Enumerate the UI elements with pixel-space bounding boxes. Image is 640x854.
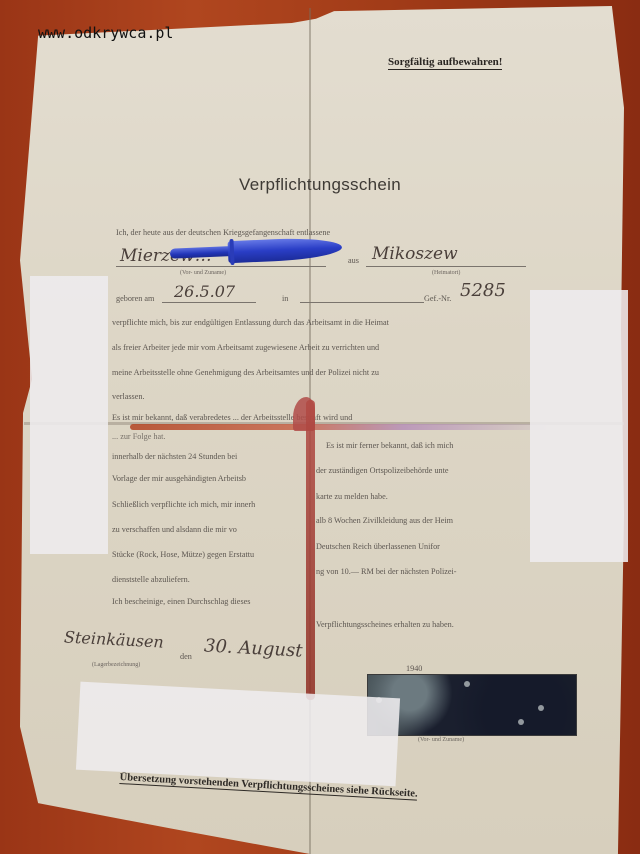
adhesive-tape-bottom	[76, 682, 400, 787]
left-column-line: dienststelle abzuliefern.	[112, 575, 190, 584]
right-column-line: der zuständigen Ortspolizeibehörde unte	[316, 466, 449, 475]
watermark-text: www.odkrywca.pl	[38, 24, 173, 42]
year-printed: 1940	[406, 664, 422, 673]
keep-safe-notice: Sorgfältig aufbewahren!	[388, 56, 502, 70]
body-line: meine Arbeitsstelle ohne Genehmigung des…	[112, 368, 379, 377]
left-column-line: Schließlich verpflichte ich mich, mir in…	[112, 500, 255, 509]
place-caption: (Lagerbezeichnung)	[92, 662, 140, 668]
name-caption: (Vor- und Zuname)	[180, 270, 226, 276]
born-label: geboren am	[116, 294, 154, 303]
body-line: als freier Arbeiter jede mir vom Arbeits…	[112, 343, 379, 352]
adhesive-tape-left	[30, 276, 108, 554]
pen-body	[170, 246, 230, 259]
document-title: Verpflichtungsschein	[0, 175, 640, 195]
stamp-spot	[464, 681, 470, 687]
hometown-caption: (Heimatort)	[432, 270, 460, 276]
birth-date-rule	[162, 302, 256, 303]
hometown-handwritten: Mikoszew	[372, 244, 458, 264]
right-column-line: Es ist mir ferner bekannt, daß ich mich	[326, 441, 453, 450]
right-column-line: Deutschen Reich überlassenen Unifor	[316, 542, 440, 551]
left-column-line: zu verschaffen und alsdann die mir vo	[112, 525, 237, 534]
date-label: den	[180, 652, 192, 661]
right-column-line: ng von 10.— RM bei der nächsten Polizei-	[316, 567, 457, 576]
stamp-spot	[538, 705, 544, 711]
red-stain-vertical	[306, 400, 315, 700]
right-column-line: Verpflichtungsscheines erhalten zu haben…	[316, 620, 454, 629]
from-label: aus	[348, 256, 359, 265]
left-column-line: Vorlage der mir ausgehändigten Arbeitsb	[112, 474, 246, 483]
birth-date-handwritten: 26.5.07	[174, 282, 235, 301]
left-column-line: Ich bescheinige, einen Durchschlag diese…	[112, 597, 250, 606]
name-rule	[116, 266, 326, 267]
torn-line: ... zur Folge hat.	[112, 432, 165, 441]
pow-number-handwritten: 5285	[460, 280, 506, 301]
intro-line: Ich, der heute aus der deutschen Kriegsg…	[116, 228, 330, 237]
hometown-rule	[366, 266, 526, 267]
body-line: verlassen.	[112, 392, 145, 401]
birthplace-rule	[300, 302, 424, 303]
signature-caption: (Vor- und Zuname)	[418, 737, 464, 743]
red-stain-horizontal	[130, 424, 550, 430]
body-line: verpflichte mich, bis zur endgültigen En…	[112, 318, 389, 327]
right-column-line: alb 8 Wochen Zivilkleidung aus der Heim	[316, 516, 453, 525]
in-label: in	[282, 294, 288, 303]
left-column-line: Stücke (Rock, Hose, Mütze) gegen Erstatt…	[112, 550, 254, 559]
stamp-spot	[518, 719, 524, 725]
left-column-line: innerhalb der nächsten 24 Stunden bei	[112, 452, 237, 461]
pow-number-label: Gef.-Nr.	[424, 294, 451, 303]
torn-line: Es ist mir bekannt, daß verabredetes ...…	[112, 413, 352, 422]
right-column-line: karte zu melden habe.	[316, 492, 388, 501]
adhesive-tape-right	[530, 290, 628, 562]
